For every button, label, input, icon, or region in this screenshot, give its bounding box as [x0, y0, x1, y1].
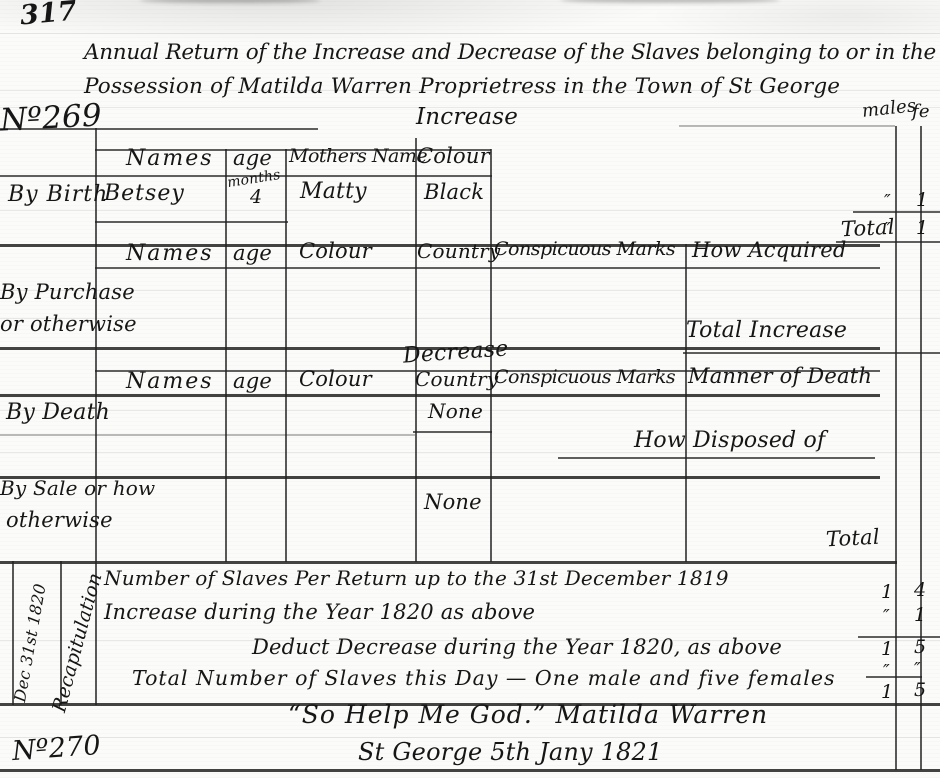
recap-num-1-females: 4	[914, 581, 926, 600]
increase-total-males: ″	[884, 221, 891, 239]
row-label-by-purchase-1: By Purchase	[0, 282, 135, 303]
decrease-total-label: Total	[825, 527, 880, 551]
increase-total-females: 1	[916, 219, 928, 238]
oath-signature: “So Help Me God.” Matilda Warren	[288, 702, 768, 727]
signature-place-date: St George 5th Jany 1821	[358, 740, 662, 764]
title-line-1: Annual Return of the Increase and Decrea…	[84, 42, 940, 64]
recap-num-3-females: 5	[914, 638, 926, 657]
grid-line	[413, 431, 492, 433]
recap-line-3: Deduct Decrease during the Year 1820, as…	[252, 637, 782, 658]
grid-line	[95, 267, 880, 269]
col-header-age-birth: age	[233, 148, 272, 169]
decrease-section-label: Decrease	[402, 338, 509, 367]
grid-line	[679, 125, 895, 127]
cell-birth-males: ″	[884, 193, 891, 211]
grid-line	[0, 561, 897, 564]
row-label-by-sale-1: By Sale or how	[0, 478, 155, 498]
grid-line	[836, 241, 940, 243]
total-increase-label: Total Increase	[686, 320, 847, 342]
grid-line	[0, 394, 880, 397]
increase-section-label: Increase	[416, 106, 518, 129]
title-line-2: Possession of Matilda Warren Proprietres…	[84, 76, 840, 98]
col-header-mothers-name: Mothers Name	[289, 147, 427, 166]
grid-line	[225, 149, 227, 562]
col-header-colour-purchase: Colour	[299, 241, 372, 262]
cell-birth-mothers-name: Matty	[300, 181, 367, 203]
grid-line	[683, 352, 940, 354]
females-column-label: fe	[912, 103, 930, 121]
row-label-by-sale-2: otherwise	[6, 510, 113, 531]
page-number: 317	[19, 0, 78, 29]
recap-num-3-males: 1	[881, 640, 893, 659]
col-header-names-decrease: Names	[126, 371, 214, 393]
col-header-manner-of-death: Manner of Death	[688, 366, 872, 387]
ink-smudge	[140, 0, 320, 3]
grid-line	[0, 434, 415, 436]
grid-line	[0, 769, 940, 772]
row-label-by-purchase-2: or otherwise	[0, 314, 137, 335]
col-header-country-purchase: Country	[417, 241, 500, 261]
cell-birth-age-value: 4	[250, 188, 262, 207]
col-header-marks-purchase: Conspicuous Marks	[494, 240, 675, 259]
recap-num-2-males: ″	[883, 608, 890, 626]
cell-birth-name: Betsey	[104, 183, 185, 205]
grid-line	[858, 636, 940, 638]
recap-num-5-males: 1	[881, 683, 893, 702]
scanned-document-page: 317 Annual Return of the Increase and De…	[0, 0, 940, 778]
paper-rule	[0, 210, 940, 211]
males-column-label: males	[861, 97, 917, 121]
col-header-names-purchase: Names	[126, 243, 214, 265]
recap-num-2-females: 1	[914, 606, 926, 625]
recap-side-date: Dec 31st 1820	[12, 553, 54, 703]
recap-num-4-females: ″	[914, 661, 921, 679]
cell-death-country-none: None	[428, 401, 483, 421]
grid-line	[685, 244, 687, 562]
how-disposed-of-label: How Disposed of	[634, 430, 825, 452]
row-label-by-death: By Death	[6, 402, 110, 424]
col-header-country-decrease: Country	[415, 369, 498, 389]
folio-number-top: Nº269	[0, 100, 103, 136]
cell-sale-country-none: None	[424, 492, 482, 513]
folio-number-bottom: Nº270	[11, 732, 102, 765]
grid-line	[895, 126, 897, 770]
recap-num-4-males: ″	[883, 663, 890, 681]
grid-line	[95, 221, 288, 223]
recap-line-4: Total Number of Slaves this Day — One ma…	[132, 668, 835, 689]
col-header-age-purchase: age	[233, 243, 272, 264]
col-header-colour-decrease: Colour	[299, 369, 372, 390]
recap-num-5-females: 5	[914, 681, 926, 700]
cell-birth-females: 1	[916, 191, 928, 210]
col-header-colour-birth: Colour	[417, 146, 490, 167]
grid-line	[285, 149, 287, 562]
recap-num-1-males: 1	[881, 583, 893, 602]
recap-line-2: Increase during the Year 1820 as above	[104, 602, 535, 623]
grid-line	[558, 457, 875, 459]
recap-line-1: Number of Slaves Per Return up to the 31…	[104, 568, 729, 588]
col-header-marks-decrease: Conspicuous Marks	[494, 368, 675, 387]
col-header-names-birth: Names	[126, 148, 214, 170]
paper-rule	[0, 290, 940, 291]
paper-rule	[0, 33, 940, 34]
row-label-by-birth: By Birth	[8, 184, 108, 206]
ink-smudge	[560, 0, 780, 3]
col-header-how-acquired: How Acquired	[692, 240, 847, 261]
col-header-age-decrease: age	[233, 371, 272, 392]
cell-birth-colour: Black	[424, 182, 484, 203]
